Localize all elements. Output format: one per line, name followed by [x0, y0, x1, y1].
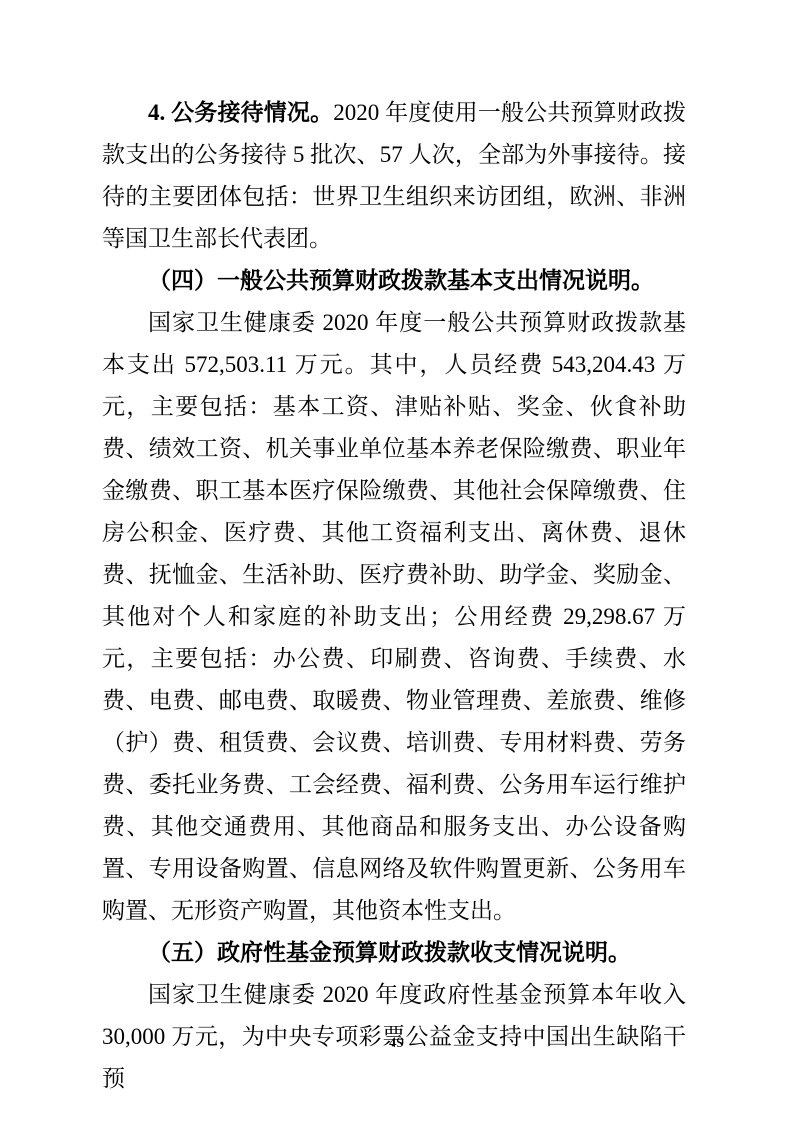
document-body: 4. 公务接待情况。2020 年度使用一般公共预算财政拨款支出的公务接待 5 批…: [102, 92, 686, 1100]
paragraph-official-reception: 4. 公务接待情况。2020 年度使用一般公共预算财政拨款支出的公务接待 5 批…: [102, 92, 686, 260]
paragraph-basic-expenditure: 国家卫生健康委 2020 年度一般公共预算财政拨款基本支出 572,503.11…: [102, 302, 686, 932]
page-number: 49: [0, 1033, 793, 1053]
section-heading-4: （四）一般公共预算财政拨款基本支出情况说明。: [102, 260, 686, 302]
paragraph-official-reception-lead: 4. 公务接待情况。: [148, 100, 333, 125]
document-page: 4. 公务接待情况。2020 年度使用一般公共预算财政拨款支出的公务接待 5 批…: [0, 0, 793, 1122]
section-heading-5: （五）政府性基金预算财政拨款收支情况说明。: [102, 932, 686, 974]
